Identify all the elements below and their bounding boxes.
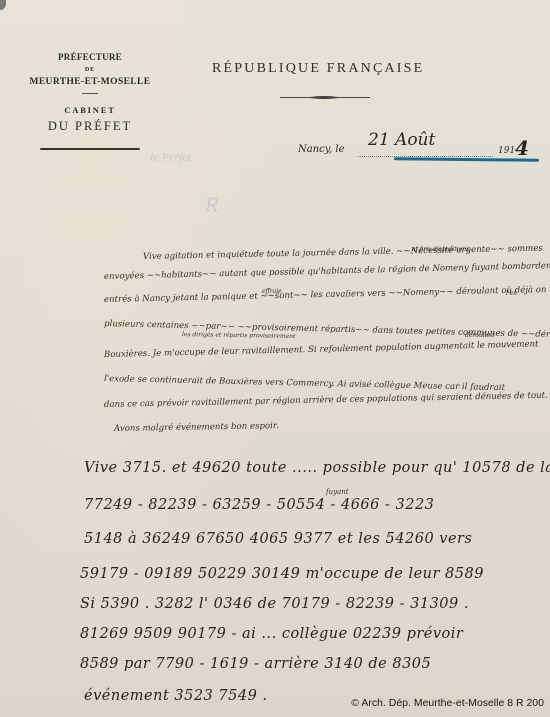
paragraph-line: l'exode se continuerait de Bouxières ver… <box>104 374 505 393</box>
paragraph-line: dans ce cas prévoir ravitaillement par r… <box>104 391 548 410</box>
paragraph-line: entrés à Nancy jetant la panique et ~~so… <box>104 284 550 305</box>
cipher-line: 8589 par 7790 - 1619 - arrière 3140 de 8… <box>80 656 431 672</box>
prefet-label: DU PRÉFET <box>0 119 180 134</box>
paragraph-line: Vive agitation et inquiétude toute la jo… <box>143 244 543 262</box>
cipher-line: 81269 9509 90179 - ai ... collègue 02239… <box>80 626 463 642</box>
republic-heading: RÉPUBLIQUE FRANÇAISE <box>212 61 424 77</box>
letterhead-prefecture: PRÉFECTURE DE MEURTHE-ET-MOSELLE CABINET… <box>0 48 180 150</box>
document-page: PRÉFECTURE DE MEURTHE-ET-MOSELLE CABINET… <box>0 0 550 717</box>
de-label: DE <box>0 67 180 73</box>
insertion: déroulant <box>465 332 495 339</box>
ornament-flourish <box>280 97 370 98</box>
cipher-line: Vive 3715. et 49620 toute ..... possible… <box>84 460 550 476</box>
ornament-divider <box>82 93 98 94</box>
archive-credit: © Arch. Dép. Meurthe-et-Moselle 8 R 200 <box>351 697 544 709</box>
date-year-prefix: 191 <box>498 146 515 156</box>
department-label: MEURTHE-ET-MOSELLE <box>0 77 180 87</box>
date-day-month: 21 Août <box>368 130 435 150</box>
paragraph-line: Avons malgré événements bon espoir. <box>114 421 279 434</box>
date-place: Nancy, le <box>298 144 345 155</box>
paragraph-line: envoyées ~~habitants~~ autant que possib… <box>104 261 550 282</box>
blue-pencil-underline <box>394 157 539 162</box>
faint-pencil-note: le Préfet <box>150 150 191 165</box>
ornament-rule <box>40 148 140 150</box>
cipher-line: événement 3523 7549 . <box>84 688 268 704</box>
cipher-line: 77249 - 82239 - 63259 - 50554 - 4666 - 3… <box>84 497 434 513</box>
paragraph-line: Bouxières. Je m'occupe de leur ravitaill… <box>104 339 539 360</box>
cipher-line: 5148 à 36249 67650 4065 9377 et les 5426… <box>84 531 472 547</box>
prefecture-label: PRÉFECTURE <box>0 52 180 62</box>
faint-pencil-letter: R <box>205 192 218 218</box>
insertion: les dirigés et répartis provisoirement <box>182 331 296 340</box>
cipher-line: Si 5390 . 3282 l' 0346 de 70179 - 82239 … <box>80 596 469 612</box>
page-corner <box>0 0 6 10</box>
cabinet-label: CABINET <box>0 105 180 115</box>
cipher-line: 59179 - 09189 50229 30149 m'occupe de le… <box>80 566 484 582</box>
date-year-suffix: 4 <box>515 136 529 160</box>
insertion: fuyant <box>326 488 349 496</box>
